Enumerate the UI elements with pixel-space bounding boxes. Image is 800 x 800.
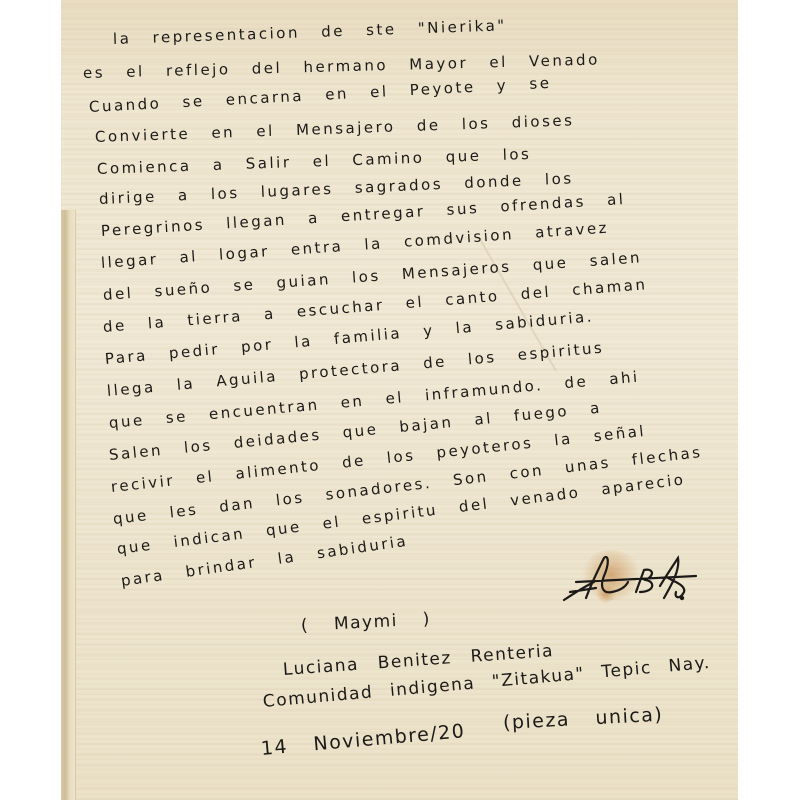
edition-note: (pieza unica) xyxy=(502,704,663,734)
board-edge xyxy=(61,210,76,800)
text-line: Cuando se encarna en el Peyote y se xyxy=(89,74,552,116)
wooden-board: la representacion de ste "Nierika" es el… xyxy=(61,0,738,800)
text-line: Convierte en el Mensajero de los dioses xyxy=(95,111,575,146)
date: 14 Noviembre/20 xyxy=(260,720,466,760)
text-line: la representacion de ste "Nierika" xyxy=(113,16,507,48)
signature-scrawl xyxy=(556,552,706,608)
artist-nickname: ( Maymi ) xyxy=(300,609,431,636)
